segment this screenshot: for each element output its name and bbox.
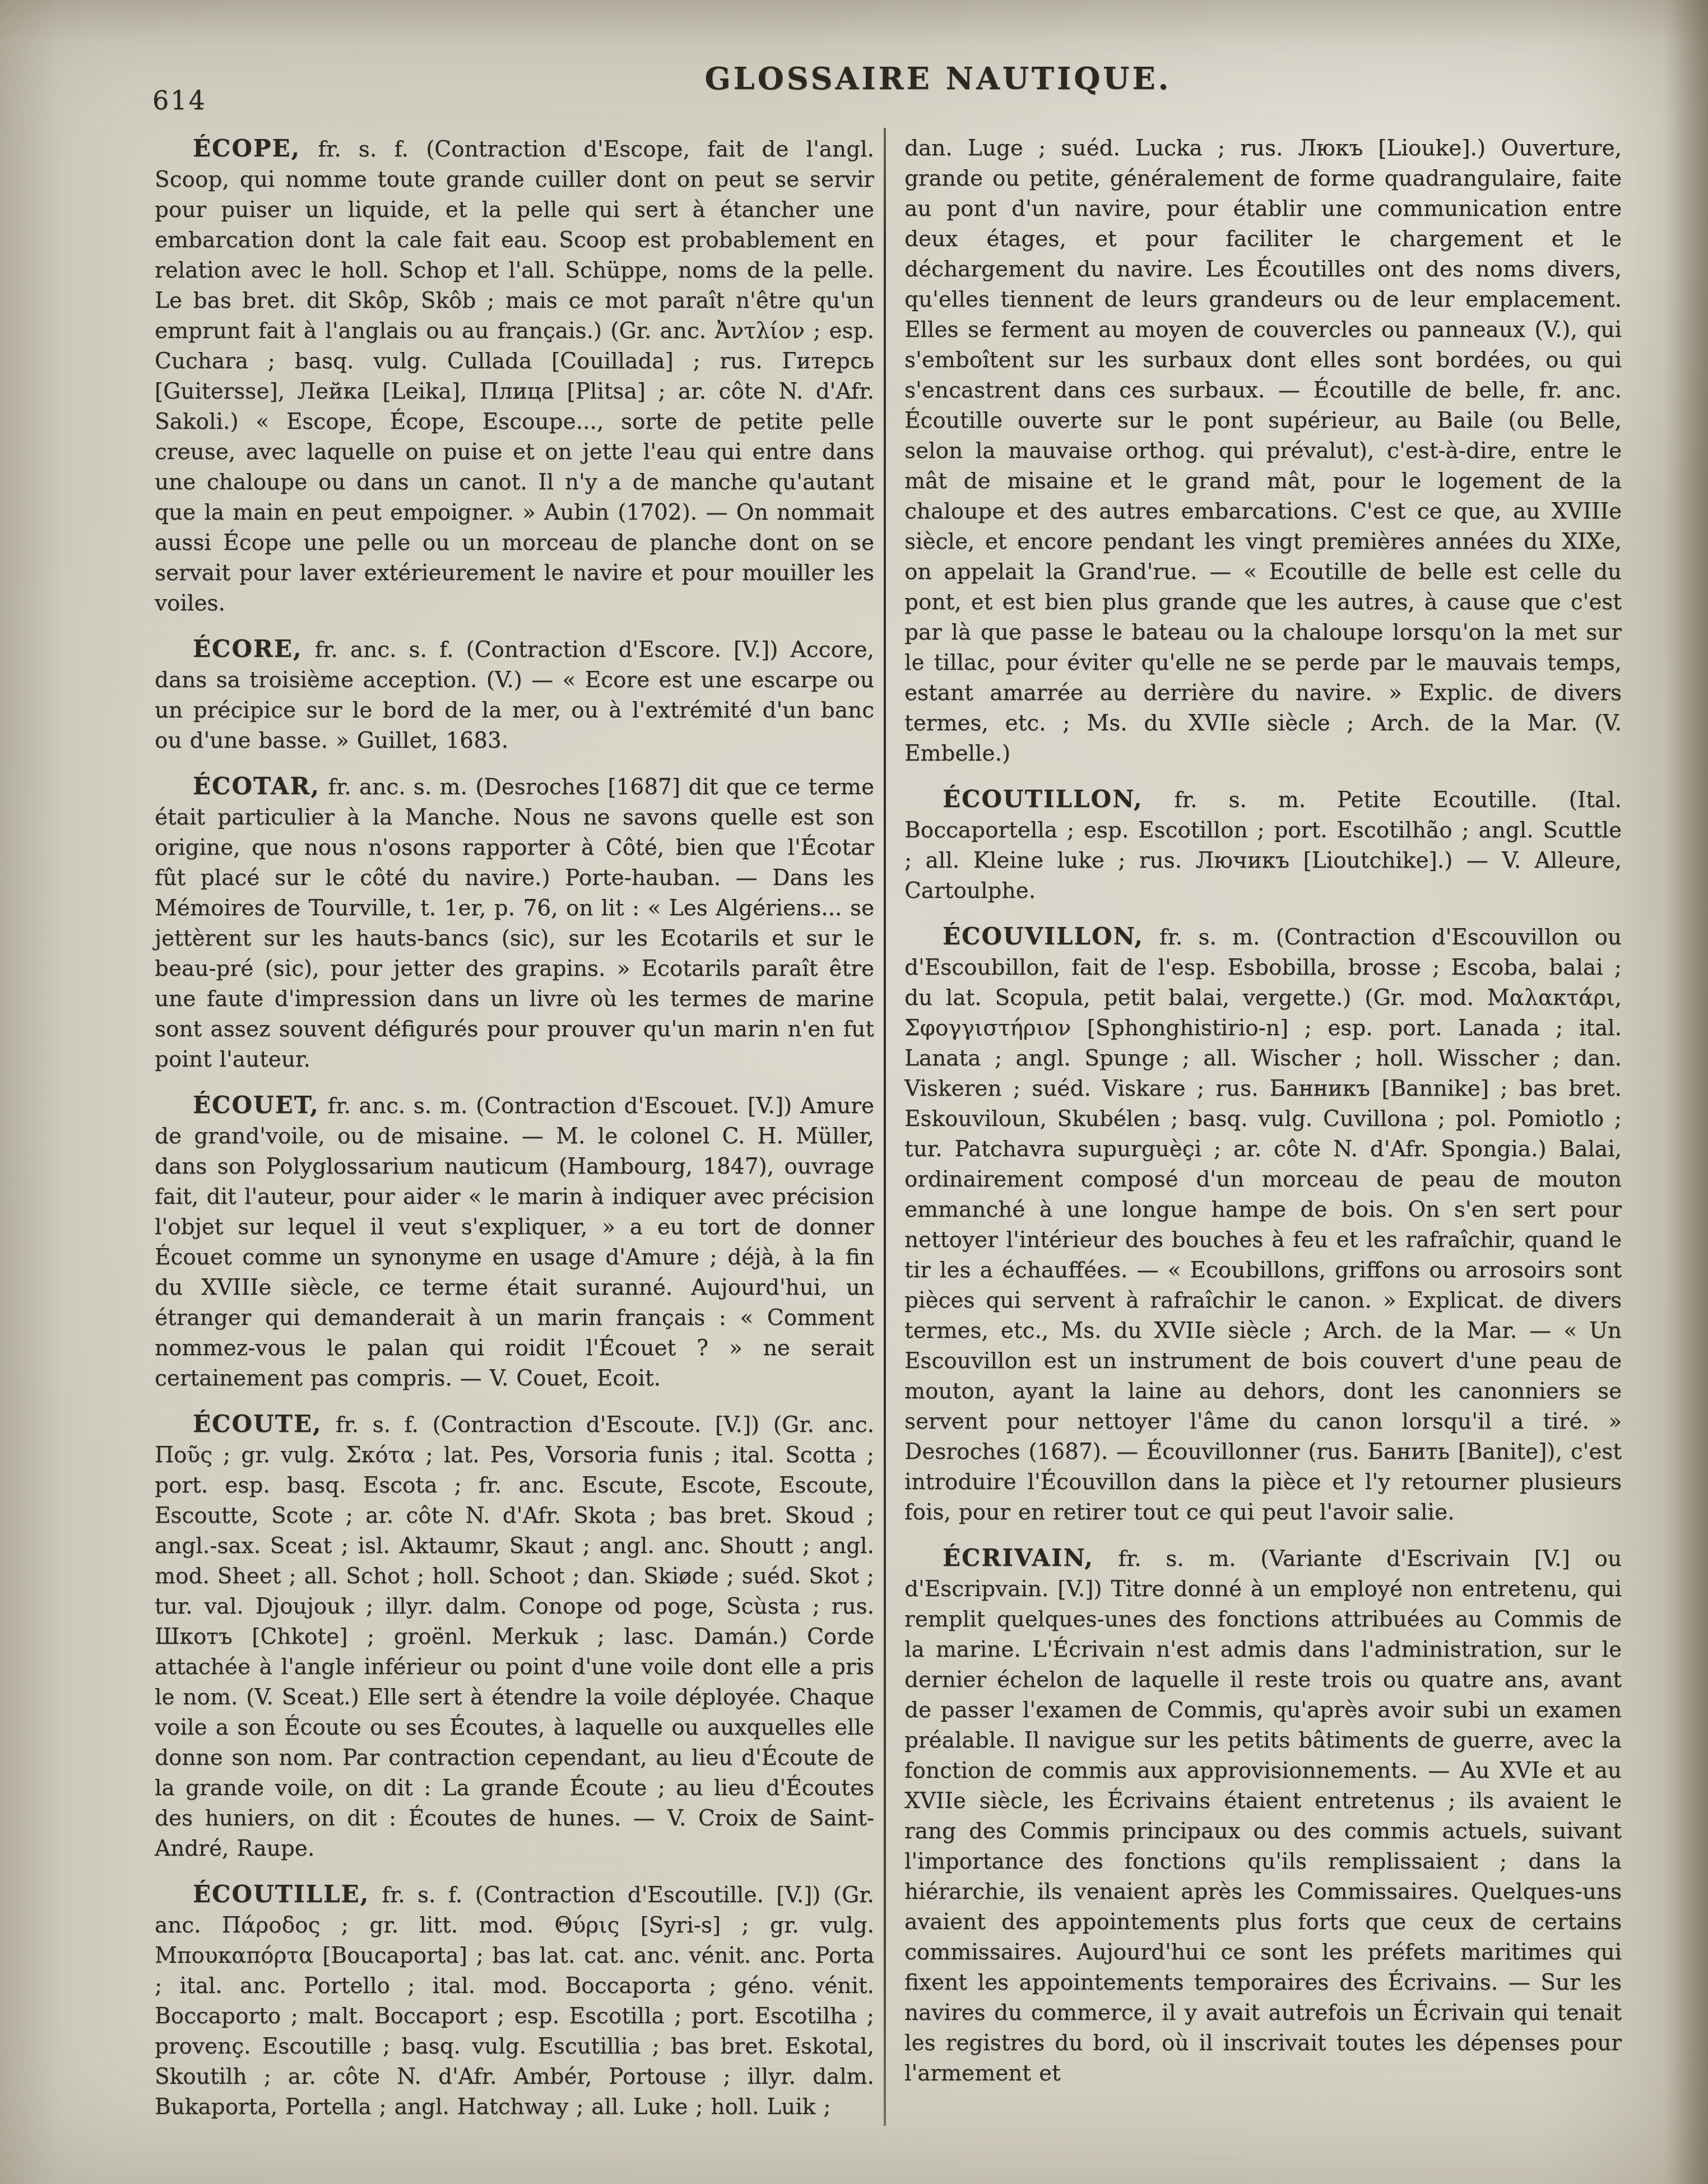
headword-ecore: ÉCORE, bbox=[193, 635, 303, 662]
headword-ecotar: ÉCOTAR, bbox=[193, 772, 320, 800]
entry-body-ecotar: fr. anc. s. m. (Desroches [1687] dit que… bbox=[155, 775, 874, 1072]
headword-ecrivain: ÉCRIVAIN, bbox=[943, 1544, 1094, 1571]
entry-ecouvillon: ÉCOUVILLON, fr. s. m. (Contraction d'Esc… bbox=[904, 921, 1622, 1528]
entry-ecotar: ÉCOTAR, fr. anc. s. m. (Desroches [1687]… bbox=[155, 771, 874, 1075]
running-title: GLOSSAIRE NAUTIQUE. bbox=[84, 61, 1708, 96]
entry-ecoute: ÉCOUTE, fr. s. f. (Contraction d'Escoute… bbox=[155, 1409, 874, 1864]
entry-body-ecrivain: fr. s. m. (Variante d'Escrivain [V.] ou … bbox=[904, 1546, 1622, 2086]
entry-ecope: ÉCOPE, fr. s. f. (Contraction d'Escope, … bbox=[155, 133, 874, 619]
column-divider-rule bbox=[884, 128, 886, 2126]
left-column: ÉCOPE, fr. s. f. (Contraction d'Escope, … bbox=[155, 133, 874, 2137]
page-edge-shadow bbox=[1663, 0, 1708, 2184]
entry-ecrivain: ÉCRIVAIN, fr. s. m. (Variante d'Escrivai… bbox=[904, 1543, 1622, 2089]
entry-body-ecope: fr. s. f. (Contraction d'Escope, fait de… bbox=[155, 137, 874, 616]
entry-ecoutille-continuation: dan. Luge ; suéd. Lucka ; rus. Люкъ [Lio… bbox=[904, 133, 1622, 769]
headword-ecouvillon: ÉCOUVILLON, bbox=[943, 922, 1144, 950]
entry-body-ecouvillon: fr. s. m. (Contraction d'Escouvillon ou … bbox=[904, 925, 1622, 1525]
headword-ecope: ÉCOPE, bbox=[193, 135, 300, 162]
entry-ecouet: ÉCOUET, fr. anc. s. m. (Contraction d'Es… bbox=[155, 1090, 874, 1394]
entry-ecoutille: ÉCOUTILLE, fr. s. f. (Contraction d'Esco… bbox=[155, 1879, 874, 2122]
entry-ecoutillon: ÉCOUTILLON, fr. s. m. Petite Ecoutille. … bbox=[904, 784, 1622, 906]
scanned-dictionary-page: 614 GLOSSAIRE NAUTIQUE. ÉCOPE, fr. s. f.… bbox=[0, 0, 1708, 2184]
headword-ecoutillon: ÉCOUTILLON, bbox=[943, 785, 1143, 813]
entry-body-ecouet: fr. anc. s. m. (Contraction d'Escouet. [… bbox=[155, 1093, 874, 1391]
headword-ecouet: ÉCOUET, bbox=[193, 1091, 319, 1119]
entry-ecore: ÉCORE, fr. anc. s. f. (Contraction d'Esc… bbox=[155, 634, 874, 756]
headword-ecoute: ÉCOUTE, bbox=[193, 1410, 322, 1438]
entry-body-ecoutille: fr. s. f. (Contraction d'Escoutille. [V.… bbox=[155, 1882, 874, 2120]
entry-body-ecoutille-continuation: dan. Luge ; suéd. Lucka ; rus. Люкъ [Lio… bbox=[904, 136, 1622, 766]
entry-body-ecoute: fr. s. f. (Contraction d'Escoute. [V.]) … bbox=[155, 1412, 874, 1861]
right-column: dan. Luge ; suéd. Lucka ; rus. Люкъ [Lio… bbox=[904, 133, 1622, 2104]
headword-ecoutille: ÉCOUTILLE, bbox=[193, 1880, 369, 1908]
